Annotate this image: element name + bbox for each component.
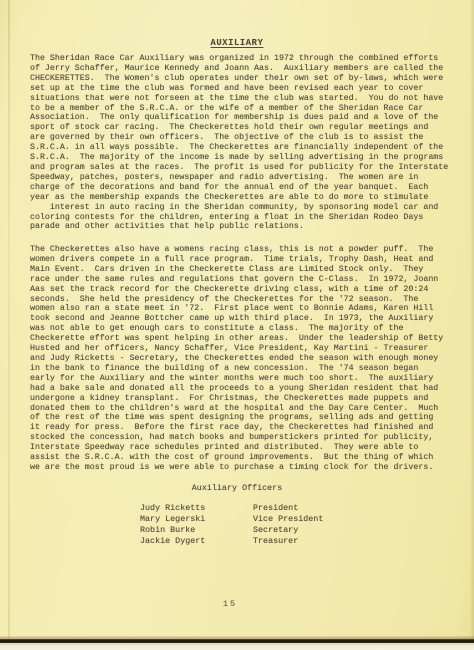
scanner-background-strip [0,643,474,650]
officers-heading: Auxiliary Officers [0,483,474,493]
officer-row: Robin Burke Secretary [140,525,380,536]
officer-row: Mary Legerski Vice President [140,514,380,525]
paragraph-1: The Sheridan Race Car Auxiliary was orga… [30,54,464,232]
officer-title: Vice President [253,514,323,525]
officer-row: Jackie Dygert Treasurer [140,536,380,547]
officer-name: Mary Legerski [140,514,253,525]
officer-title: President [253,503,298,514]
officers-list: Judy Ricketts President Mary Legerski Vi… [140,503,380,547]
paper-crease [8,0,10,639]
officer-row: Judy Ricketts President [140,503,380,514]
officer-title: Secretary [253,525,298,536]
officer-name: Jackie Dygert [140,536,253,547]
paragraph-2: The Checkerettes also have a womens raci… [30,245,464,473]
officer-name: Robin Burke [140,525,253,536]
officer-title: Treasurer [253,536,298,547]
paper-sheet: AUXILIARY The Sheridan Race Car Auxiliar… [0,0,474,639]
officer-name: Judy Ricketts [140,503,253,514]
scanned-document-page: AUXILIARY The Sheridan Race Car Auxiliar… [0,0,474,650]
page-number: 15 [0,599,460,609]
paper-edge-shadow [470,0,474,639]
page-title: AUXILIARY [0,38,474,48]
